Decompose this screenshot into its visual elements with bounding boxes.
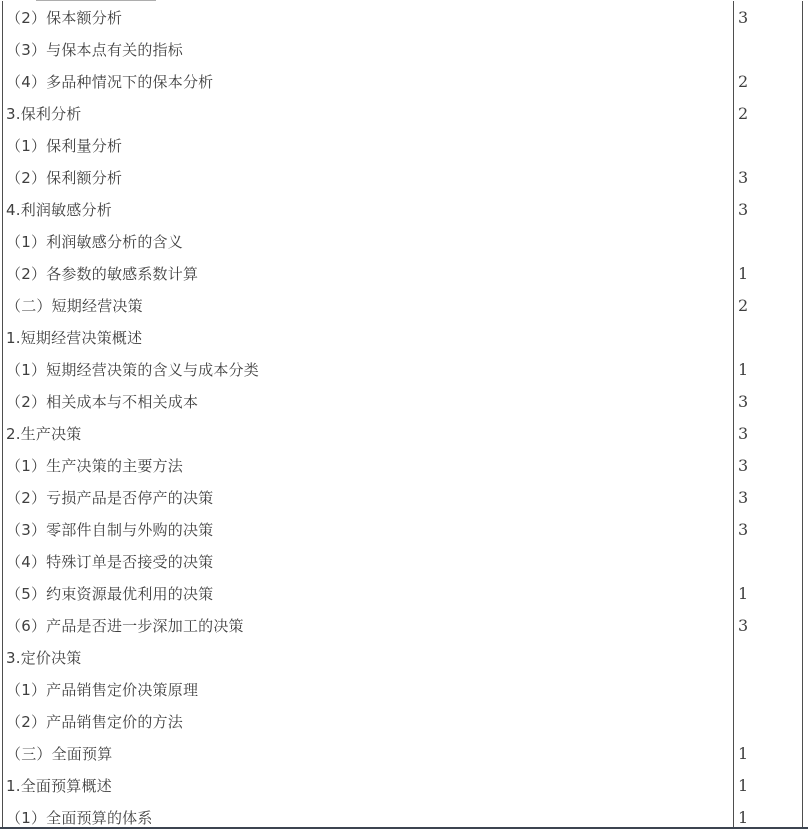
score-cell: 2 xyxy=(734,289,803,321)
table-row: （4）多品种情况下的保本分析2 xyxy=(3,65,803,97)
topic-cell: （4）特殊订单是否接受的决策 xyxy=(3,545,734,577)
table-row: （2）相关成本与不相关成本3 xyxy=(3,385,803,417)
topic-cell: （6）产品是否进一步深加工的决策 xyxy=(3,609,734,641)
table-row: 2.生产决策3 xyxy=(3,417,803,449)
topic-cell: 3.保利分析 xyxy=(3,97,734,129)
topic-cell: （2）保本额分析 xyxy=(3,1,734,33)
syllabus-table-body: （2）保本额分析3（3）与保本点有关的指标（4）多品种情况下的保本分析23.保利… xyxy=(3,1,803,829)
score-cell: 1 xyxy=(734,801,803,829)
topic-cell: 2.生产决策 xyxy=(3,417,734,449)
topic-cell: （1）利润敏感分析的含义 xyxy=(3,225,734,257)
score-cell: 3 xyxy=(734,609,803,641)
score-cell xyxy=(734,641,803,673)
score-cell xyxy=(734,321,803,353)
table-row: （3）零部件自制与外购的决策3 xyxy=(3,513,803,545)
syllabus-page: （2）保本额分析3（3）与保本点有关的指标（4）多品种情况下的保本分析23.保利… xyxy=(0,0,808,829)
table-row: （1）全面预算的体系1 xyxy=(3,801,803,829)
topic-cell: （3）与保本点有关的指标 xyxy=(3,33,734,65)
topic-cell: （1）产品销售定价决策原理 xyxy=(3,673,734,705)
topic-cell: （2）产品销售定价的方法 xyxy=(3,705,734,737)
table-row: （2）各参数的敏感系数计算1 xyxy=(3,257,803,289)
table-row: （6）产品是否进一步深加工的决策3 xyxy=(3,609,803,641)
table-row: 3.保利分析2 xyxy=(3,97,803,129)
score-cell xyxy=(734,673,803,705)
score-cell: 1 xyxy=(734,353,803,385)
score-cell xyxy=(734,225,803,257)
score-cell: 1 xyxy=(734,577,803,609)
score-cell xyxy=(734,129,803,161)
syllabus-table: （2）保本额分析3（3）与保本点有关的指标（4）多品种情况下的保本分析23.保利… xyxy=(2,1,803,829)
topic-cell: （2）各参数的敏感系数计算 xyxy=(3,257,734,289)
table-row: （4）特殊订单是否接受的决策 xyxy=(3,545,803,577)
score-cell: 3 xyxy=(734,513,803,545)
topic-cell: （1）生产决策的主要方法 xyxy=(3,449,734,481)
topic-cell: 4.利润敏感分析 xyxy=(3,193,734,225)
score-cell: 3 xyxy=(734,1,803,33)
score-cell xyxy=(734,705,803,737)
topic-cell: （3）零部件自制与外购的决策 xyxy=(3,513,734,545)
score-cell: 3 xyxy=(734,193,803,225)
score-cell xyxy=(734,545,803,577)
table-row: （1）产品销售定价决策原理 xyxy=(3,673,803,705)
table-row: （1）保利量分析 xyxy=(3,129,803,161)
table-row: （二）短期经营决策2 xyxy=(3,289,803,321)
topic-cell: （5）约束资源最优利用的决策 xyxy=(3,577,734,609)
table-row: （5）约束资源最优利用的决策1 xyxy=(3,577,803,609)
score-cell: 1 xyxy=(734,769,803,801)
topic-cell: 3.定价决策 xyxy=(3,641,734,673)
score-cell: 3 xyxy=(734,417,803,449)
table-row: （2）保本额分析3 xyxy=(3,1,803,33)
topic-cell: （2）保利额分析 xyxy=(3,161,734,193)
table-row: （2）亏损产品是否停产的决策3 xyxy=(3,481,803,513)
score-cell: 2 xyxy=(734,65,803,97)
table-row: 1.短期经营决策概述 xyxy=(3,321,803,353)
table-row: 4.利润敏感分析3 xyxy=(3,193,803,225)
table-row: （1）利润敏感分析的含义 xyxy=(3,225,803,257)
table-row: （三）全面预算1 xyxy=(3,737,803,769)
topic-cell: （2）亏损产品是否停产的决策 xyxy=(3,481,734,513)
score-cell: 3 xyxy=(734,385,803,417)
table-row: （3）与保本点有关的指标 xyxy=(3,33,803,65)
topic-cell: （二）短期经营决策 xyxy=(3,289,734,321)
score-cell: 2 xyxy=(734,97,803,129)
topic-cell: （2）相关成本与不相关成本 xyxy=(3,385,734,417)
table-row: （1）生产决策的主要方法3 xyxy=(3,449,803,481)
score-cell: 3 xyxy=(734,449,803,481)
score-cell: 1 xyxy=(734,257,803,289)
topic-cell: 1.短期经营决策概述 xyxy=(3,321,734,353)
score-cell: 1 xyxy=(734,737,803,769)
topic-cell: （1）短期经营决策的含义与成本分类 xyxy=(3,353,734,385)
topic-cell: 1.全面预算概述 xyxy=(3,769,734,801)
table-row: （1）短期经营决策的含义与成本分类1 xyxy=(3,353,803,385)
table-row: 3.定价决策 xyxy=(3,641,803,673)
topic-cell: （1）保利量分析 xyxy=(3,129,734,161)
topic-cell: （1）全面预算的体系 xyxy=(3,801,734,829)
topic-cell: （三）全面预算 xyxy=(3,737,734,769)
table-row: （2）产品销售定价的方法 xyxy=(3,705,803,737)
score-cell: 3 xyxy=(734,481,803,513)
topic-cell: （4）多品种情况下的保本分析 xyxy=(3,65,734,97)
table-row: （2）保利额分析3 xyxy=(3,161,803,193)
score-cell: 3 xyxy=(734,161,803,193)
table-row: 1.全面预算概述1 xyxy=(3,769,803,801)
score-cell xyxy=(734,33,803,65)
